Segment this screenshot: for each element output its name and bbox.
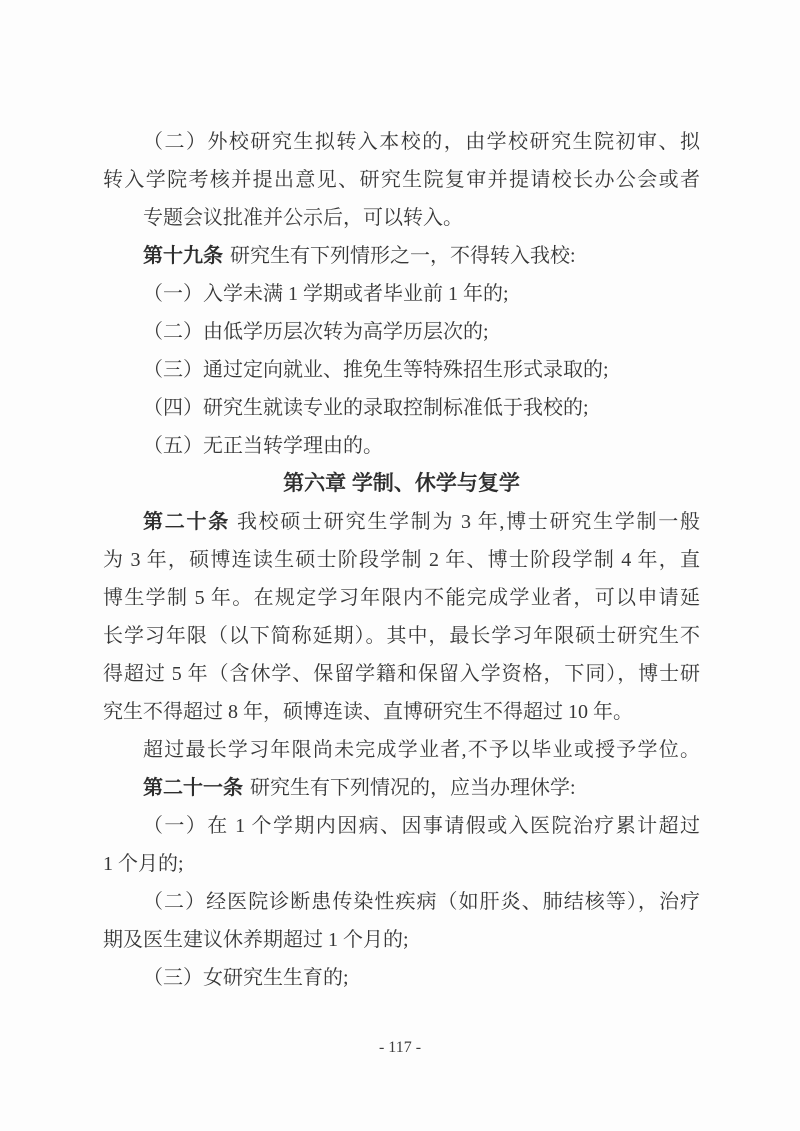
text-line: 得超过 5 年（含休学、保留学籍和保留入学资格，下同），博士研 [103, 655, 700, 693]
page-number: - 117 - [0, 1036, 800, 1060]
text-line: （二）外校研究生拟转入本校的，由学校研究生院初审、拟 [103, 123, 700, 161]
line-text: 研究生有下列情况的，应当办理休学: [250, 777, 576, 799]
text-line: 第二十一条研究生有下列情况的，应当办理休学: [103, 769, 700, 807]
text-line: 1 个月的; [103, 845, 700, 883]
chapter-heading: 第六章 学制、休学与复学 [103, 465, 700, 503]
text-line: （三）通过定向就业、推免生等特殊招生形式录取的; [103, 351, 700, 389]
text-line: 第十九条研究生有下列情形之一，不得转入我校: [103, 237, 700, 275]
text-line: （四）研究生就读专业的录取控制标准低于我校的; [103, 389, 700, 427]
text-line: 超过最长学习年限尚未完成学业者,不予以毕业或授予学位。 [103, 731, 700, 769]
text-line: 第二十条我校硕士研究生学制为 3 年,博士研究生学制一般 [103, 503, 700, 541]
text-line: （二）经医院诊断患传染性疾病（如肝炎、肺结核等），治疗 [103, 883, 700, 921]
text-line: 博生学制 5 年。在规定学习年限内不能完成学业者，可以申请延 [103, 579, 700, 617]
line-text: 研究生有下列情形之一，不得转入我校: [230, 245, 576, 267]
text-line: 为 3 年，硕博连读生硕士阶段学制 2 年、博士阶段学制 4 年，直 [103, 541, 700, 579]
article-number-label: 第十九条 [143, 245, 223, 267]
text-line: 期及医生建议休养期超过 1 个月的; [103, 921, 700, 959]
text-line: （五）无正当转学理由的。 [103, 427, 700, 465]
text-line: （二）由低学历层次转为高学历层次的; [103, 313, 700, 351]
text-line: 究生不得超过 8 年，硕博连读、直博研究生不得超过 10 年。 [103, 693, 700, 731]
text-line: （三）女研究生生育的; [103, 959, 700, 997]
article-number-label: 第二十一条 [143, 777, 243, 799]
text-line: （一）在 1 个学期内因病、因事请假或入医院治疗累计超过 [103, 807, 700, 845]
line-text: 我校硕士研究生学制为 3 年,博士研究生学制一般 [237, 511, 700, 533]
text-line: （一）入学未满 1 学期或者毕业前 1 年的; [103, 275, 700, 313]
text-line: 转入学院考核并提出意见、研究生院复审并提请校长办公会或者 [103, 161, 700, 199]
text-line: 长学习年限（以下简称延期）。其中，最长学习年限硕士研究生不 [103, 617, 700, 655]
text-line: 专题会议批准并公示后，可以转入。 [103, 199, 700, 237]
article-number-label: 第二十条 [143, 511, 230, 533]
document-page: （二）外校研究生拟转入本校的，由学校研究生院初审、拟 转入学院考核并提出意见、研… [0, 0, 800, 1131]
